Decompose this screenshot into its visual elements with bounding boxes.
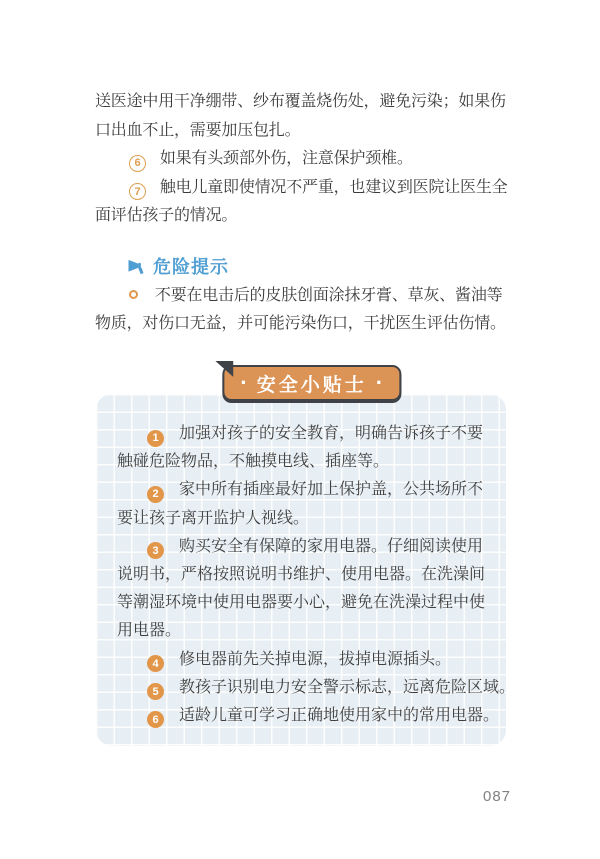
circle-bullet-icon — [129, 290, 138, 299]
tips-list: 1 加强对孩子的安全教育，明确告诉孩子不要 触碰危险物品，不触摸电线、插座等。 … — [117, 420, 493, 730]
tip-text: 修电器前先关掉电源，拔掉电源插头。 — [179, 651, 451, 668]
tip-text: 教孩子识别电力安全警示标志，远离危险区域。 — [179, 679, 515, 696]
danger-warning-title: 危险提示 — [153, 252, 229, 282]
paragraph-line: 口出血不止，需要加压包扎。 — [95, 117, 509, 146]
megaphone-icon — [126, 257, 146, 277]
banner-dot: · — [240, 372, 247, 394]
danger-warning-header: 危险提示 — [95, 252, 509, 282]
numbered-item-7: 7 触电儿童即使情况不严重，也建议到医院让医生全 — [95, 174, 509, 203]
filled-number-icon: 2 — [147, 486, 164, 503]
circled-number-icon: 6 — [129, 155, 146, 172]
tip-line: 等潮湿环境中使用电器要小心，避免在洗澡过程中使 — [117, 589, 493, 617]
warning-line: 不要在电击后的皮肤创面涂抹牙膏、草灰、酱油等 — [95, 282, 509, 311]
book-page: 送医途中用干净绷带、纱布覆盖烧伤处，避免污染；如果伤 口出血不止，需要加压包扎。… — [0, 0, 600, 859]
filled-number-icon: 5 — [147, 683, 164, 700]
banner-dot: · — [376, 372, 383, 394]
paragraph-line: 面评估孩子的情况。 — [95, 202, 509, 231]
safety-tips-box: · 安全小贴士 · 1 加强对孩子的安全教育，明确告诉孩子不要 触碰危险物品，不… — [96, 394, 506, 746]
tip-text: 适龄儿童可学习正确地使用家中的常用电器。 — [179, 707, 499, 724]
tip-item-6: 6 适龄儿童可学习正确地使用家中的常用电器。 — [117, 702, 493, 730]
numbered-item-6: 6 如果有头颈部外伤，注意保护颈椎。 — [95, 145, 509, 174]
filled-number-icon: 1 — [147, 430, 164, 447]
tip-line: 说明书，严格按照说明书维护、使用电器。在洗澡间 — [117, 561, 493, 589]
filled-number-icon: 6 — [147, 711, 164, 728]
tip-line: 用电器。 — [117, 617, 493, 645]
tip-item-4: 4 修电器前先关掉电源，拔掉电源插头。 — [117, 646, 493, 674]
tip-item-3: 3 购买安全有保障的家用电器。仔细阅读使用 — [117, 533, 493, 561]
ribbon-fold-icon — [215, 361, 233, 377]
tip-item-1: 1 加强对孩子的安全教育，明确告诉孩子不要 — [117, 420, 493, 448]
tip-item-2: 2 家中所有插座最好加上保护盖，公共场所不 — [117, 476, 493, 504]
item-text: 如果有头颈部外伤，注意保护颈椎。 — [160, 150, 413, 167]
warning-text: 不要在电击后的皮肤创面涂抹牙膏、草灰、酱油等 — [155, 287, 503, 304]
circled-number-icon: 7 — [129, 183, 146, 200]
tip-item-5: 5 教孩子识别电力安全警示标志，远离危险区域。 — [117, 674, 493, 702]
warning-line: 物质，对伤口无益，并可能污染伤口，干扰医生评估伤情。 — [95, 310, 509, 339]
tip-text: 购买安全有保障的家用电器。仔细阅读使用 — [179, 538, 483, 555]
tips-banner: · 安全小贴士 · — [222, 365, 401, 401]
paragraph-line: 送医途中用干净绷带、纱布覆盖烧伤处，避免污染；如果伤 — [95, 88, 509, 117]
filled-number-icon: 3 — [147, 542, 164, 559]
tips-box-title: 安全小贴士 — [257, 370, 367, 397]
body-text: 送医途中用干净绷带、纱布覆盖烧伤处，避免污染；如果伤 口出血不止，需要加压包扎。… — [95, 88, 509, 339]
filled-number-icon: 4 — [147, 655, 164, 672]
tip-line: 要让孩子离开监护人视线。 — [117, 505, 493, 533]
page-number: 087 — [483, 788, 511, 805]
item-text: 触电儿童即使情况不严重，也建议到医院让医生全 — [160, 179, 508, 196]
tip-text: 家中所有插座最好加上保护盖，公共场所不 — [179, 481, 483, 498]
tip-line: 触碰危险物品，不触摸电线、插座等。 — [117, 448, 493, 476]
tip-text: 加强对孩子的安全教育，明确告诉孩子不要 — [179, 425, 483, 442]
